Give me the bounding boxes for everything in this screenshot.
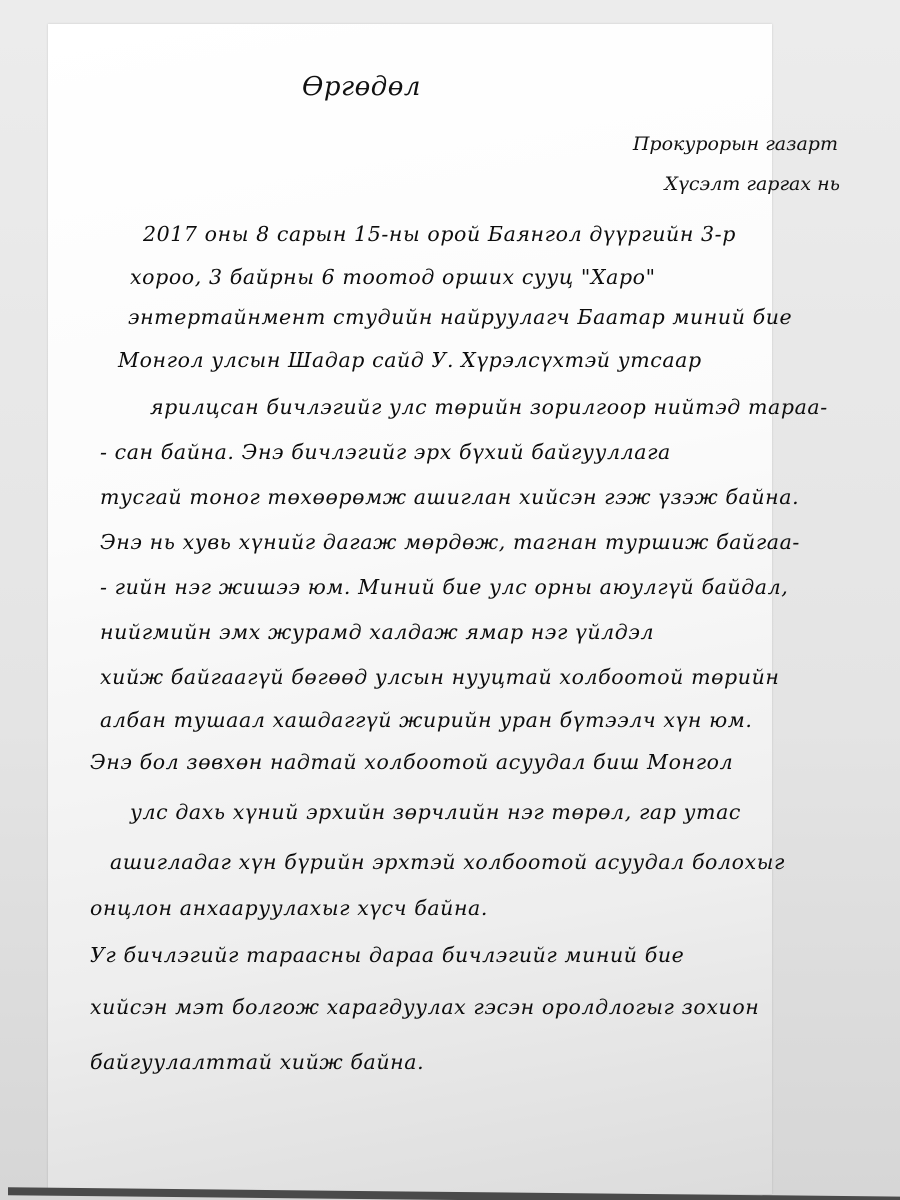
body-line: Монгол улсын Шадар сайд У. Хүрэлсүхтэй у…: [118, 348, 702, 372]
addressee-block: Прокурорын газарт Хүсэлт гаргах нь: [633, 124, 838, 204]
body-line: хийж байгаагүй бөгөөд улсын нууцтай холб…: [100, 665, 780, 689]
document-title: Өргөдөл: [302, 72, 421, 102]
body-line: хийсэн мэт болгож харагдуулах гэсэн орол…: [90, 995, 759, 1019]
body-line: байгуулалттай хийж байна.: [90, 1050, 424, 1074]
body-line: ярилцсан бичлэгийг улс төрийн зорилгоор …: [150, 395, 828, 419]
body-line: Уг бичлэгийг тараасны дараа бичлэгийг ми…: [90, 943, 684, 967]
body-line: хороо, 3 байрны 6 тоотод орших сууц "Хар…: [130, 265, 656, 289]
body-line: - сан байна. Энэ бичлэгийг эрх бүхий бай…: [100, 440, 671, 464]
body-line: энтертайнмент студийн найруулагч Баатар …: [128, 305, 792, 329]
body-line: онцлон анхааруулахыг хүсч байна.: [90, 896, 488, 920]
body-line: тусгай тоног төхөөрөмж ашиглан хийсэн гэ…: [100, 485, 799, 509]
addressee-line-1: Прокурорын газарт: [633, 124, 838, 164]
body-line: нийгмийн эмх журамд халдаж ямар нэг үйлд…: [100, 620, 654, 644]
body-line: - гийн нэг жишээ юм. Миний бие улс орны …: [100, 575, 788, 599]
addressee-line-2: Хүсэлт гаргах нь: [633, 164, 840, 204]
body-line: Энэ нь хувь хүнийг дагаж мөрдөж, тагнан …: [100, 530, 800, 554]
body-line: улс дахь хүний эрхийн зөрчлийн нэг төрөл…: [130, 800, 741, 824]
body-line: ашигладаг хүн бүрийн эрхтэй холбоотой ас…: [110, 850, 785, 874]
body-line: Энэ бол зөвхөн надтай холбоотой асуудал …: [90, 750, 733, 774]
body-line: 2017 оны 8 сарын 15-ны орой Баянгол дүүр…: [143, 222, 736, 246]
body-line: албан тушаал хашдаггүй жирийн уран бүтээ…: [100, 708, 752, 732]
